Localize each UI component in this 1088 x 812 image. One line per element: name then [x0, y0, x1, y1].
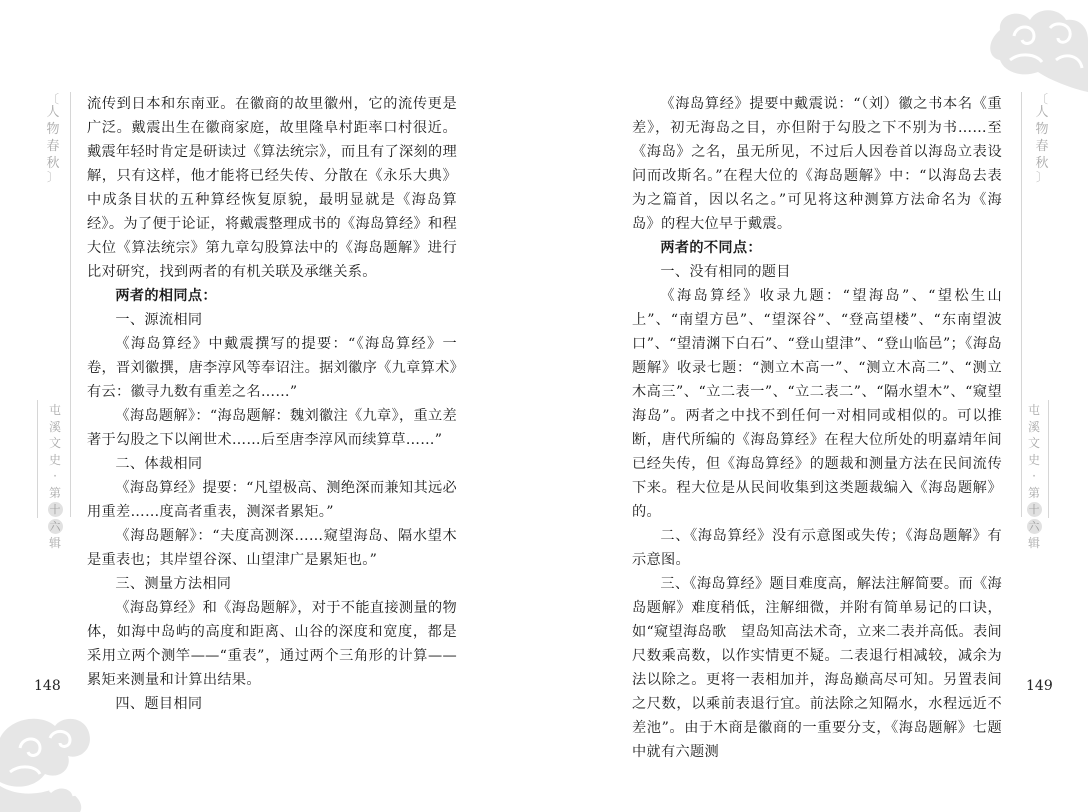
bracket-open: 〔: [1029, 94, 1055, 104]
margin-rule: [70, 92, 71, 517]
series-circled-char: 十: [48, 502, 63, 517]
paragraph: 流传到日本和东南亚。在徽商的故里徽州，它的流传更是广泛。戴震出生在徽商家庭，故里…: [87, 92, 457, 284]
series-tag: 屯 溪 文 史 · 第 十 六 辑: [42, 402, 68, 552]
series-char: 屯: [1021, 402, 1047, 419]
series-char: ·: [42, 468, 68, 485]
series-rule: [37, 400, 38, 518]
section-tag-char: 人: [1029, 104, 1055, 121]
subheading: 两者的不同点：: [632, 236, 1002, 260]
section-heading: 一、没有相同的题目: [632, 260, 1002, 284]
paragraph: 三、《海岛算经》题目难度高，解法注解简要。而《海岛题解》难度稍低，注解细微，并附…: [632, 572, 1002, 764]
paragraph: 《海岛题解》：“海岛题解：魏刘徽注《九章》，重立差著于勾股之下以阐世术……后至唐…: [87, 404, 457, 452]
section-tag: 〔 人 物 春 秋 〕: [1029, 94, 1055, 182]
section-tag-char: 物: [40, 121, 66, 138]
series-char: 文: [42, 435, 68, 452]
paragraph: 《海岛算经》中戴震撰写的提要：“《海岛算经》一卷，晋刘徽撰，唐李淳风等奉诏注。据…: [87, 332, 457, 404]
series-circled-char: 六: [1027, 519, 1042, 534]
body-text: 《海岛算经》提要中戴震说：“（刘）徽之书本名《重差》，初无海岛之目，亦但附于勾股…: [632, 92, 1002, 764]
section-heading: 一、源流相同: [87, 308, 457, 332]
section-tag-char: 物: [1029, 121, 1055, 138]
series-char: 第: [42, 485, 68, 502]
series-char: 辑: [42, 535, 68, 552]
paragraph: 《海岛题解》：“夫度高测深……窥望海岛、隔水望木是重表也；其岸望谷深、山望津广是…: [87, 524, 457, 572]
series-circled-char: 十: [1027, 502, 1042, 517]
paragraph: 《海岛算经》提要：“凡望极高、测绝深而兼知其远必用重差……度高者重表，测深者累矩…: [87, 476, 457, 524]
paragraph: 《海岛算经》收录九题：“望海岛”、“望松生山上”、“南望方邑”、“望深谷”、“登…: [632, 284, 1002, 524]
series-char: 屯: [42, 402, 68, 419]
right-page: 〔 人 物 春 秋 〕 屯 溪 文 史 · 第 十 六 辑 149 《海岛算经》…: [544, 0, 1088, 812]
section-heading: 三、测量方法相同: [87, 572, 457, 596]
subheading: 两者的相同点：: [87, 284, 457, 308]
series-char: 第: [1021, 485, 1047, 502]
section-tag-char: 人: [40, 104, 66, 121]
section-tag-char: 春: [1029, 138, 1055, 155]
bracket-close: 〕: [1029, 172, 1055, 182]
series-char: 溪: [1021, 419, 1047, 436]
section-tag: 〔 人 物 春 秋 〕: [40, 94, 66, 182]
series-char: ·: [1021, 468, 1047, 485]
section-heading: 四、题目相同: [87, 692, 457, 716]
page-number: 149: [1026, 678, 1053, 694]
series-char: 文: [1021, 435, 1047, 452]
page-number: 148: [34, 678, 61, 694]
series-circled-char: 六: [48, 519, 63, 534]
left-page: 〔 人 物 春 秋 〕 屯 溪 文 史 · 第 十 六 辑 148 流传到日本和…: [0, 0, 544, 812]
series-char: 史: [1021, 452, 1047, 469]
bracket-open: 〔: [40, 94, 66, 104]
cloud-ornament-icon: [0, 708, 95, 812]
body-text: 流传到日本和东南亚。在徽商的故里徽州，它的流传更是广泛。戴震出生在徽商家庭，故里…: [87, 92, 457, 716]
paragraph: 《海岛算经》提要中戴震说：“（刘）徽之书本名《重差》，初无海岛之目，亦但附于勾股…: [632, 92, 1002, 236]
series-char: 溪: [42, 419, 68, 436]
paragraph: 二、《海岛算经》没有示意图或失传；《海岛题解》有示意图。: [632, 524, 1002, 572]
cloud-ornament-icon: [980, 0, 1088, 92]
series-char: 辑: [1021, 535, 1047, 552]
section-tag-char: 春: [40, 138, 66, 155]
series-rule: [1048, 400, 1049, 518]
series-char: 史: [42, 452, 68, 469]
series-tag: 屯 溪 文 史 · 第 十 六 辑: [1021, 402, 1047, 552]
bracket-close: 〕: [40, 172, 66, 182]
section-heading: 二、体裁相同: [87, 452, 457, 476]
paragraph: 《海岛算经》和《海岛题解》，对于不能直接测量的物体，如海中岛屿的高度和距离、山谷…: [87, 596, 457, 692]
